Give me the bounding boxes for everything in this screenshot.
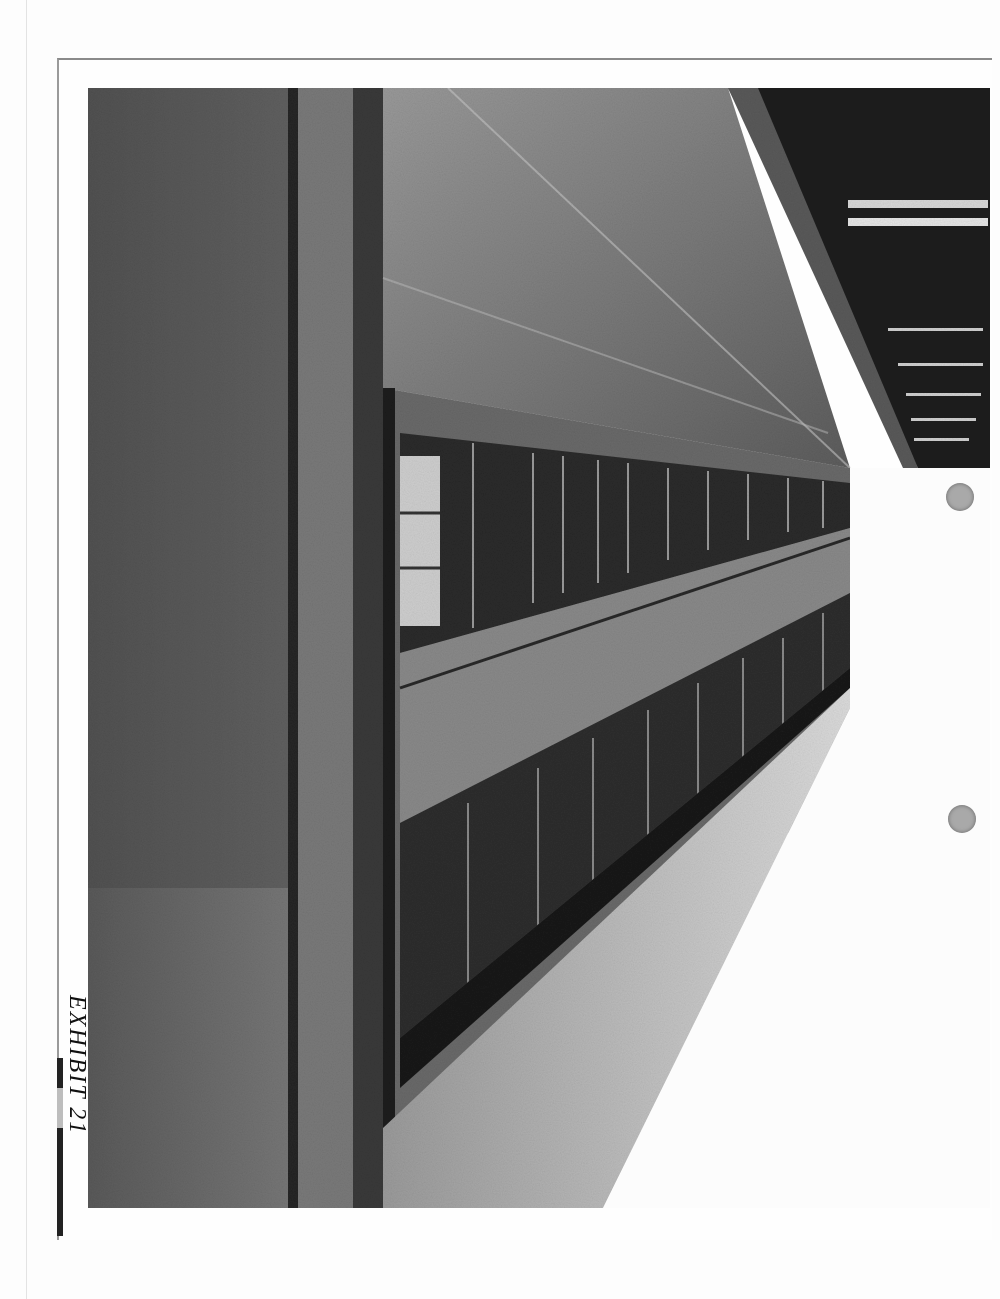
- punch-hole-bottom: [948, 805, 976, 833]
- punch-hole-top: [946, 483, 974, 511]
- building-photograph: [88, 88, 990, 1208]
- scan-edge-line: [26, 0, 27, 1299]
- exhibit-label: EXHIBIT 21: [60, 995, 90, 1235]
